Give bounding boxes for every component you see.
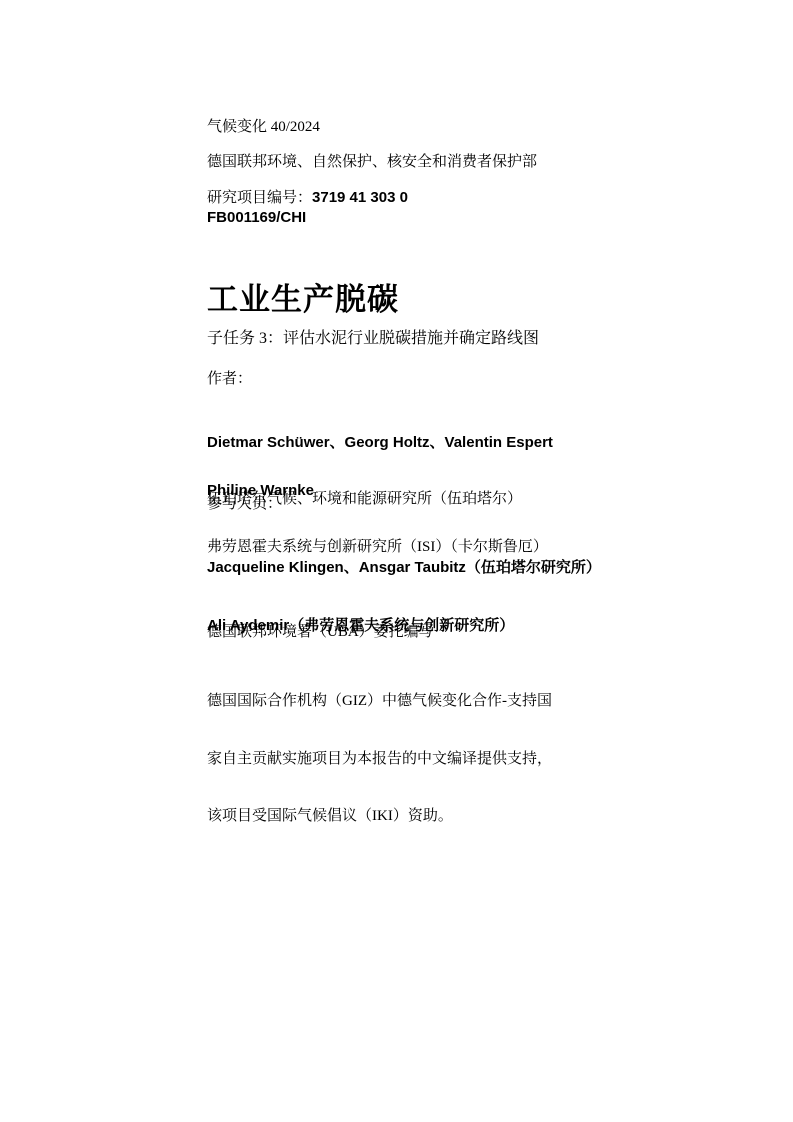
commission-line: 德国联邦环境署（UBA）委托编写 <box>207 622 434 642</box>
report-code: FB001169/CHI <box>207 208 306 228</box>
series-line: 气候变化 40/2024 <box>207 117 320 137</box>
ministry-line: 德国联邦环境、自然保护、核安全和消费者保护部 <box>207 152 537 172</box>
support-note: 德国国际合作机构（GIZ）中德气候变化合作-支持国 家自主贡献实施项目为本报告的… <box>207 655 552 864</box>
contributor-line-1: Jacqueline Klingen、Ansgar Taubitz（伍珀塔尔研究… <box>207 557 601 579</box>
support-note-line-3: 该项目受国际气候倡议（IKI）资助。 <box>207 806 552 828</box>
support-note-line-1: 德国国际合作机构（GIZ）中德气候变化合作-支持国 <box>207 691 552 713</box>
document-subtitle: 子任务 3：评估水泥行业脱碳措施并确定路线图 <box>207 328 539 350</box>
authors-heading: 作者： <box>207 369 252 389</box>
support-note-line-2: 家自主贡献实施项目为本报告的中文编译提供支持， <box>207 749 552 771</box>
document-page: 气候变化 40/2024 德国联邦环境、自然保护、核安全和消费者保护部 研究项目… <box>0 0 793 1122</box>
contributors-heading: 参与人员： <box>207 494 282 514</box>
project-number-label: 研究项目编号： <box>207 190 312 206</box>
contributors-list: Jacqueline Klingen、Ansgar Taubitz（伍珀塔尔研究… <box>207 521 601 673</box>
document-title: 工业生产脱碳 <box>207 281 399 319</box>
project-number-line: 研究项目编号：3719 41 303 0 <box>207 188 408 208</box>
project-number-value: 3719 41 303 0 <box>312 189 408 206</box>
